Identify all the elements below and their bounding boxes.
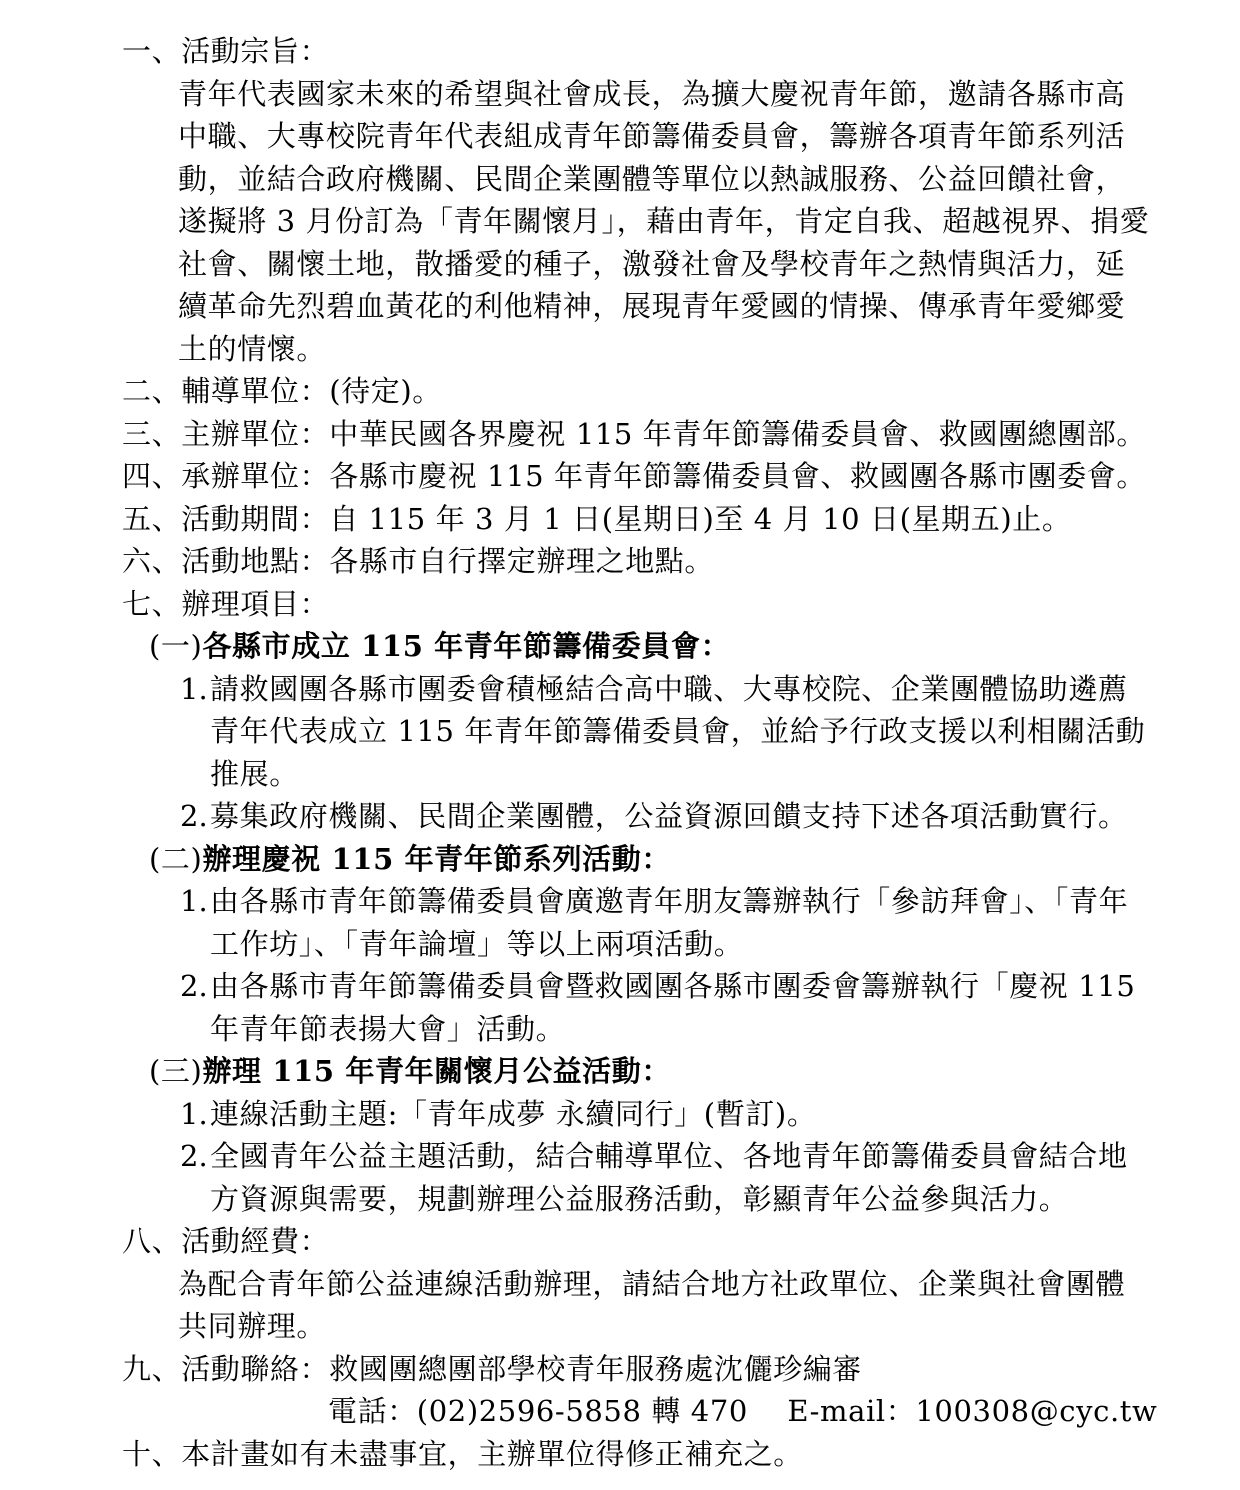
line-text: 六、活動地點：各縣市自行擇定辦理之地點。 [122, 544, 714, 578]
document-line: 方資源與需要，規劃辦理公益服務活動，彰顯青年公益參與活力。 [0, 1178, 1240, 1221]
list-item-number: 1. [180, 1093, 210, 1136]
line-text: 二、輔導單位：(待定)。 [122, 374, 442, 408]
document-line: 工作坊」、「青年論壇」等以上兩項活動。 [0, 923, 1240, 966]
heading-label: (三) [149, 1054, 202, 1088]
document-line: 中職、大專校院青年代表組成青年節籌備委員會，籌辦各項青年節系列活 [0, 115, 1240, 158]
line-text: 七、辦理項目： [122, 587, 329, 621]
line-text: 方資源與需要，規劃辦理公益服務活動，彰顯青年公益參與活力。 [210, 1182, 1068, 1216]
document-line: 年青年節表揚大會」活動。 [0, 1008, 1240, 1051]
document-page: 一、活動宗旨：青年代表國家未來的希望與社會成長，為擴大慶祝青年節，邀請各縣市高中… [0, 0, 1240, 1490]
line-text: 社會、關懷土地，散播愛的種子，激發社會及學校青年之熱情與活力，延 [178, 247, 1125, 281]
list-item-number: 2. [180, 1135, 210, 1178]
heading-text: 各縣市成立 115 年青年節籌備委員會： [202, 629, 730, 663]
line-text: 為配合青年節公益連線活動辦理，請結合地方社政單位、企業與社會團體 [178, 1267, 1125, 1301]
line-text: 連線活動主題:「青年成夢 永續同行」(暫訂)。 [210, 1097, 816, 1131]
document-line: 1.請救國團各縣市團委會積極結合高中職、大專校院、企業團體協助遴薦 [0, 668, 1240, 711]
document-line: 1.由各縣市青年節籌備委員會廣邀青年朋友籌辦執行「參訪拜會」、「青年 [0, 880, 1240, 923]
document-line: 七、辦理項目： [0, 583, 1240, 626]
line-text: 推展。 [210, 757, 299, 791]
heading-label: (一) [149, 629, 202, 663]
document-line: 九、活動聯絡：救國團總團部學校青年服務處沈儷珍編審 [0, 1348, 1240, 1391]
line-text: 五、活動期間：自 115 年 3 月 1 日(星期日)至 4 月 10 日(星期… [122, 502, 1071, 536]
document-line: 推展。 [0, 753, 1240, 796]
document-line: (一)各縣市成立 115 年青年節籌備委員會： [0, 625, 1240, 668]
line-text: 由各縣市青年節籌備委員會廣邀青年朋友籌辦執行「參訪拜會」、「青年 [210, 884, 1128, 918]
document-line: (三)辦理 115 年青年關懷月公益活動： [0, 1050, 1240, 1093]
line-text: 三、主辦單位：中華民國各界慶祝 115 年青年節籌備委員會、救國團總團部。 [122, 417, 1146, 451]
line-text: 共同辦理。 [178, 1309, 326, 1343]
line-text: 八、活動經費： [122, 1224, 329, 1258]
line-text: 十、本計畫如有未盡事宜，主辦單位得修正補充之。 [122, 1437, 803, 1471]
document-body: 一、活動宗旨：青年代表國家未來的希望與社會成長，為擴大慶祝青年節，邀請各縣市高中… [0, 30, 1240, 1475]
document-line: 五、活動期間：自 115 年 3 月 1 日(星期日)至 4 月 10 日(星期… [0, 498, 1240, 541]
document-line: 十、本計畫如有未盡事宜，主辦單位得修正補充之。 [0, 1433, 1240, 1476]
line-text: 四、承辦單位：各縣市慶祝 115 年青年節籌備委員會、救國團各縣市團委會。 [122, 459, 1146, 493]
line-text: 土的情懷。 [178, 332, 326, 366]
line-text: 九、活動聯絡：救國團總團部學校青年服務處沈儷珍編審 [122, 1352, 862, 1386]
line-text: 青年代表國家未來的希望與社會成長，為擴大慶祝青年節，邀請各縣市高 [178, 77, 1125, 111]
line-text: 年青年節表揚大會」活動。 [210, 1012, 565, 1046]
line-text: 中職、大專校院青年代表組成青年節籌備委員會，籌辦各項青年節系列活 [178, 119, 1125, 153]
document-line: 續革命先烈碧血黃花的利他精神，展現青年愛國的情操、傳承青年愛鄉愛 [0, 285, 1240, 328]
line-text: 工作坊」、「青年論壇」等以上兩項活動。 [210, 927, 743, 961]
document-line: 2.全國青年公益主題活動，結合輔導單位、各地青年節籌備委員會結合地 [0, 1135, 1240, 1178]
line-text: 電話：(02)2596-5858 轉 470 E-mail：100308@cyc… [328, 1394, 1157, 1428]
list-item-number: 1. [180, 668, 210, 711]
line-text: 青年代表成立 115 年青年節籌備委員會，並給予行政支援以利相關活動 [210, 714, 1145, 748]
document-line: 青年代表國家未來的希望與社會成長，為擴大慶祝青年節，邀請各縣市高 [0, 73, 1240, 116]
document-line: (二)辦理慶祝 115 年青年節系列活動： [0, 838, 1240, 881]
document-line: 為配合青年節公益連線活動辦理，請結合地方社政單位、企業與社會團體 [0, 1263, 1240, 1306]
line-text: 由各縣市青年節籌備委員會暨救國團各縣市團委會籌辦執行「慶祝 115 [210, 969, 1135, 1003]
document-line: 青年代表成立 115 年青年節籌備委員會，並給予行政支援以利相關活動 [0, 710, 1240, 753]
document-line: 一、活動宗旨： [0, 30, 1240, 73]
document-line: 六、活動地點：各縣市自行擇定辦理之地點。 [0, 540, 1240, 583]
line-text: 續革命先烈碧血黃花的利他精神，展現青年愛國的情操、傳承青年愛鄉愛 [178, 289, 1125, 323]
line-text: 遂擬將 3 月份訂為「青年關懷月」，藉由青年，肯定自我、超越視界、捐愛 [178, 204, 1149, 238]
document-line: 電話：(02)2596-5858 轉 470 E-mail：100308@cyc… [0, 1390, 1240, 1433]
line-text: 一、活動宗旨： [122, 34, 329, 68]
document-line: 土的情懷。 [0, 328, 1240, 371]
list-item-number: 2. [180, 795, 210, 838]
document-line: 動，並結合政府機關、民間企業團體等單位以熱誠服務、公益回饋社會， [0, 158, 1240, 201]
heading-text: 辦理慶祝 115 年青年節系列活動： [202, 842, 671, 876]
list-item-number: 2. [180, 965, 210, 1008]
list-item-number: 1. [180, 880, 210, 923]
document-line: 二、輔導單位：(待定)。 [0, 370, 1240, 413]
document-line: 共同辦理。 [0, 1305, 1240, 1348]
document-line: 三、主辦單位：中華民國各界慶祝 115 年青年節籌備委員會、救國團總團部。 [0, 413, 1240, 456]
document-line: 八、活動經費： [0, 1220, 1240, 1263]
document-line: 遂擬將 3 月份訂為「青年關懷月」，藉由青年，肯定自我、超越視界、捐愛 [0, 200, 1240, 243]
line-text: 動，並結合政府機關、民間企業團體等單位以熱誠服務、公益回饋社會， [178, 162, 1125, 196]
document-line: 1.連線活動主題:「青年成夢 永續同行」(暫訂)。 [0, 1093, 1240, 1136]
line-text: 募集政府機關、民間企業團體，公益資源回饋支持下述各項活動實行。 [210, 799, 1128, 833]
heading-label: (二) [149, 842, 202, 876]
line-text: 全國青年公益主題活動，結合輔導單位、各地青年節籌備委員會結合地 [210, 1139, 1128, 1173]
document-line: 2.募集政府機關、民間企業團體，公益資源回饋支持下述各項活動實行。 [0, 795, 1240, 838]
heading-text: 辦理 115 年青年關懷月公益活動： [202, 1054, 671, 1088]
document-line: 2.由各縣市青年節籌備委員會暨救國團各縣市團委會籌辦執行「慶祝 115 [0, 965, 1240, 1008]
line-text: 請救國團各縣市團委會積極結合高中職、大專校院、企業團體協助遴薦 [210, 672, 1128, 706]
document-line: 四、承辦單位：各縣市慶祝 115 年青年節籌備委員會、救國團各縣市團委會。 [0, 455, 1240, 498]
document-line: 社會、關懷土地，散播愛的種子，激發社會及學校青年之熱情與活力，延 [0, 243, 1240, 286]
